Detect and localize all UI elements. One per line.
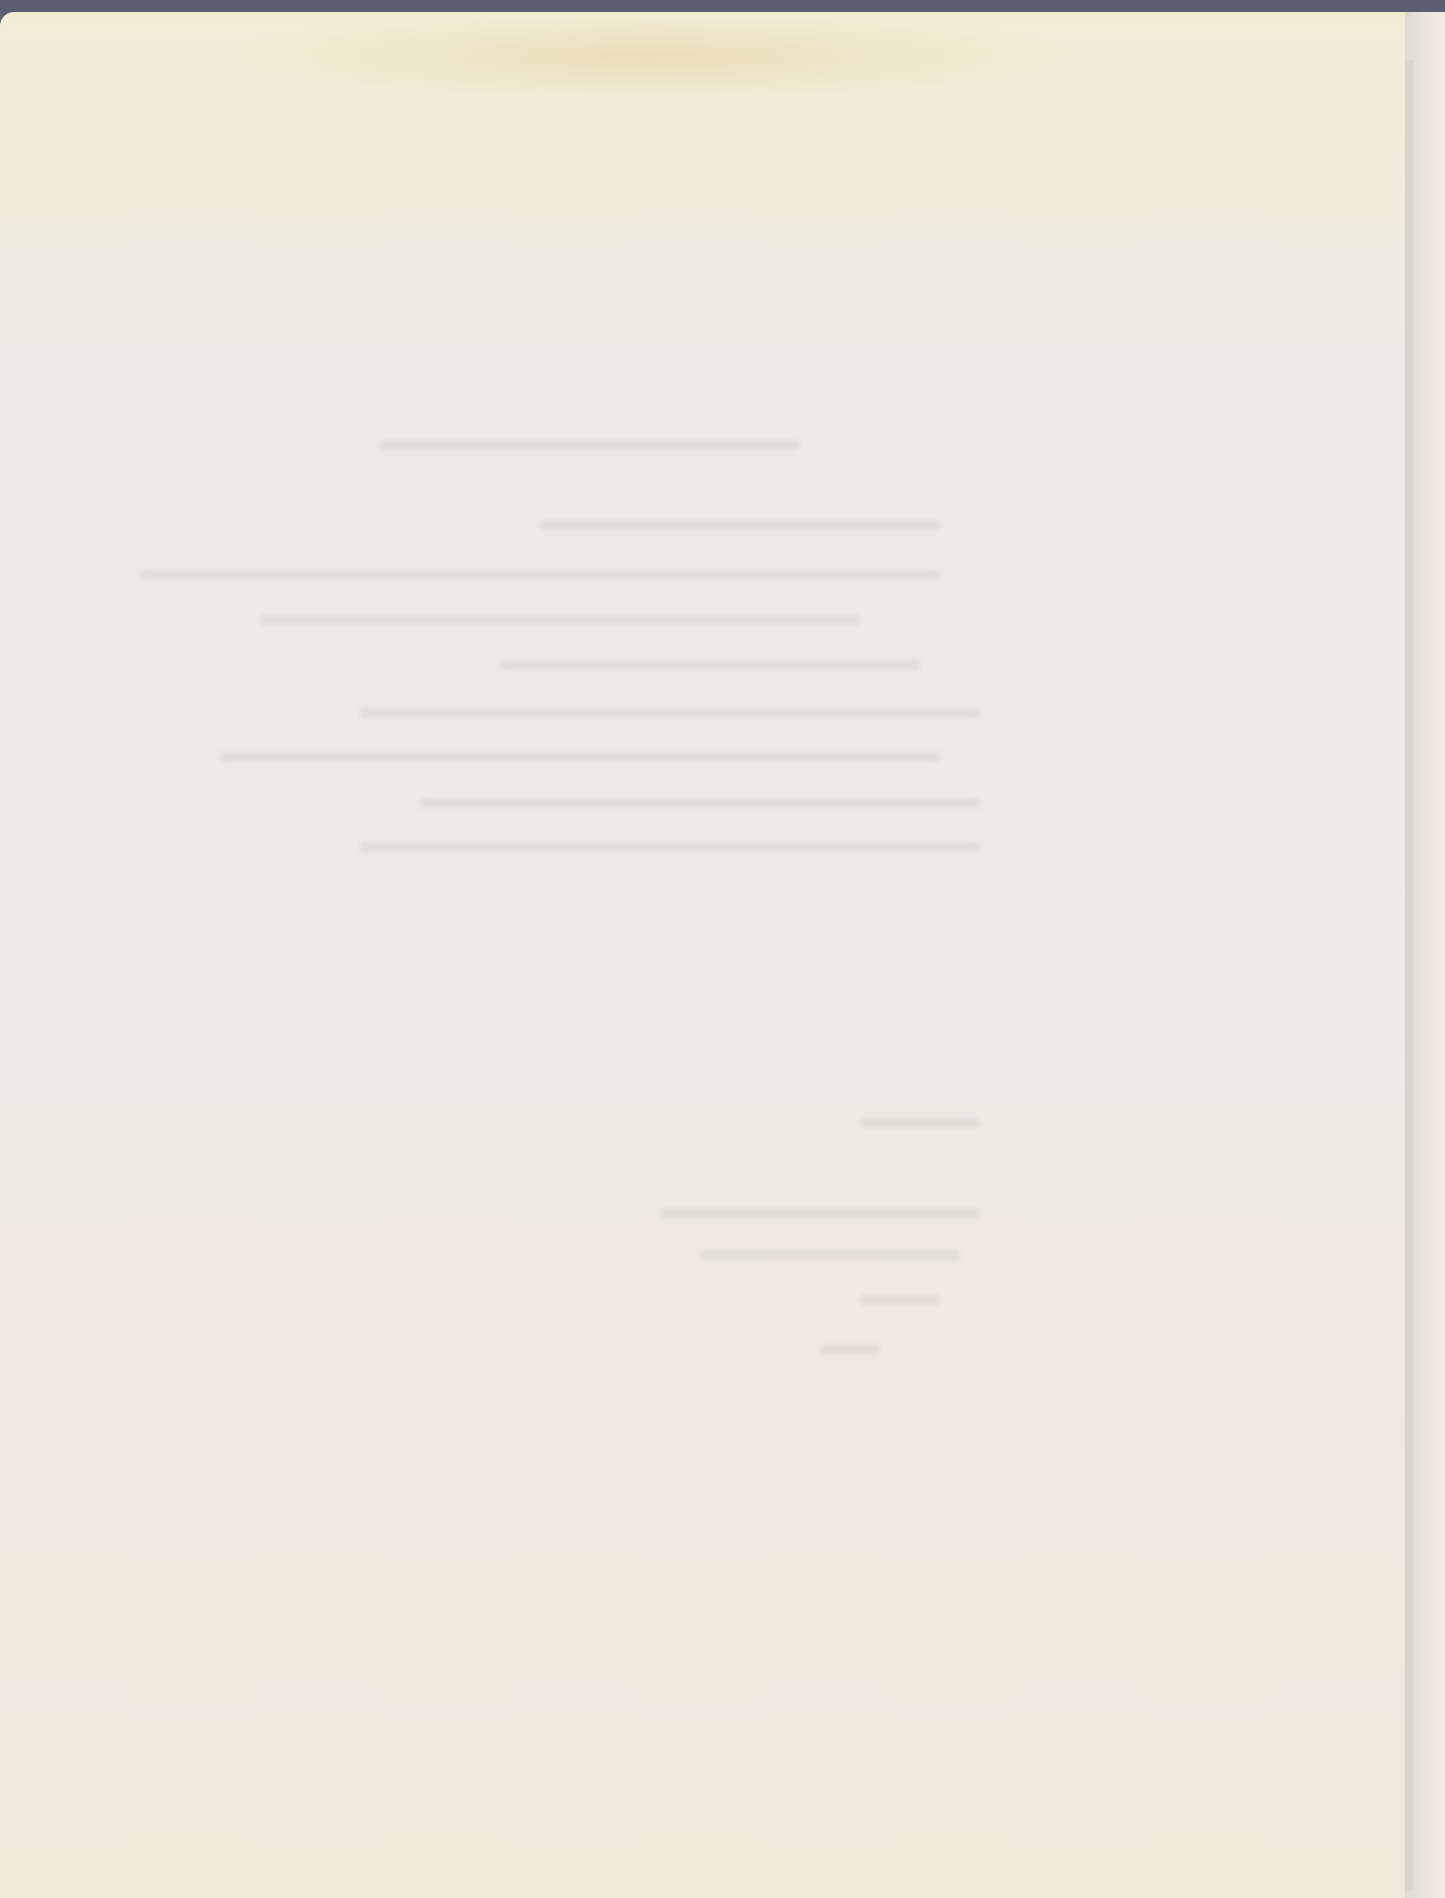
bleed-through-line xyxy=(860,1118,980,1128)
bleed-through-line xyxy=(500,660,920,670)
blank-paper-page xyxy=(0,12,1420,1898)
bleed-through-line xyxy=(260,615,860,625)
bleed-through-line xyxy=(660,1208,980,1218)
bleed-through-line xyxy=(360,842,980,852)
bleed-through-line xyxy=(540,520,940,530)
bleed-through-line xyxy=(140,570,940,580)
bleed-through-line xyxy=(820,1345,880,1355)
page-fold-shadow xyxy=(1405,60,1413,1890)
bleed-through-line xyxy=(420,798,980,808)
bleed-through-line xyxy=(220,752,940,762)
bleed-through-line xyxy=(860,1295,940,1305)
bleed-through-line xyxy=(700,1250,960,1260)
bleed-through-line xyxy=(380,440,800,450)
bleed-through-line xyxy=(360,708,980,718)
